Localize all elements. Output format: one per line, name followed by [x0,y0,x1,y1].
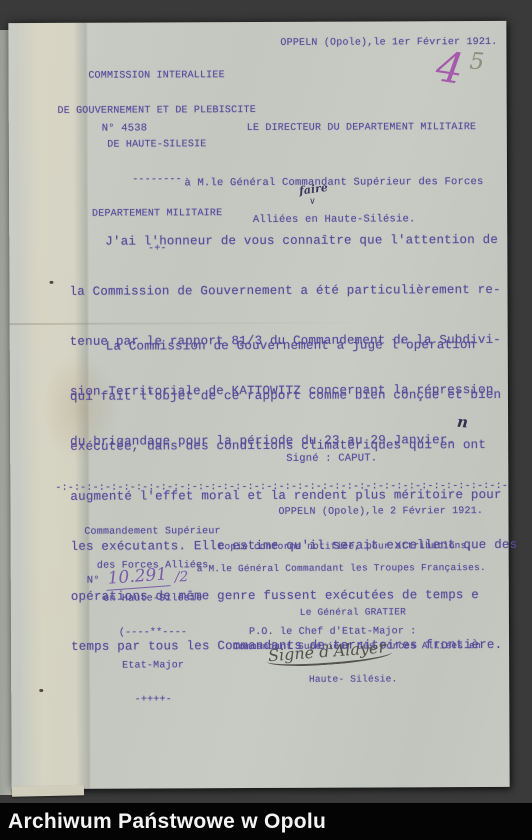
handwritten-pencil-number: 5 [469,49,485,76]
typed-line: la Commission de Gouvernement a été part… [69,279,507,303]
file-number-prefix: N° [87,575,100,587]
handwritten-correction-letter: n [456,413,469,432]
reference-number: N° 4538 [102,122,148,134]
section-divider: -:-:-:-:-:-:-:-:-:-:-:-:-:-:-:-:-:-:-:-:… [55,481,507,494]
typed-line: J'ai l'honneur de vous connaître que l'a… [69,229,507,253]
second-letterhead: Commandement Supérieur des Forces Alliée… [72,504,233,728]
signed-line: Signé : CAPUT. [286,452,377,464]
letterhead-divider: -++++- [73,694,233,706]
staple-hole [39,689,43,692]
letterhead-line: DE HAUTE-SILESIE [47,139,267,152]
scanned-document-view: COMMISSION INTERALLIEE DE GOUVERNEMENT E… [0,0,532,840]
document-page: COMMISSION INTERALLIEE DE GOUVERNEMENT E… [8,21,509,789]
handwritten-purple-number: 4 [433,41,467,93]
salutation-line: à M.le Général Commandant Supérieur des … [169,176,499,190]
letterhead-line: Etat-Major [73,660,233,672]
recipient-title: LE DIRECTEUR DU DEPARTEMENT MILITAIRE [247,122,483,134]
insertion-caret: ∨ [309,197,316,207]
torn-paper-scrap [12,785,84,797]
archive-bar: Archiwum Państwowe w Opolu [0,803,532,840]
po-line: P.O. le Chef d'Etat-Major : [249,626,416,638]
typed-line: La Commission de Gouvernement a jugé l'o… [70,334,508,358]
copy-note-line: Copie conforme notifiée, pour attributio… [219,540,473,552]
handwritten-file-number-suffix: /2 [174,569,188,586]
letterhead-line: Commandement Supérieur [73,526,233,538]
letterhead-line: en Haute-Silésie [73,593,233,605]
typed-line: qui fait l'objet de ce rapport comme bie… [70,384,508,408]
archive-name: Archiwum Państwowe w Opolu [0,810,326,834]
letterhead-divider: (----**---- [73,627,233,639]
signatory-title: Haute- Silésie. [233,673,473,686]
date-line-2: OPPELN (Opole),le 2 Février 1921. [278,506,483,518]
letterhead-line: DE GOUVERNEMENT ET DE PLEBISCITE [47,104,267,117]
copy-note-line: à M.le Général Commandant les Troupes Fr… [197,562,486,574]
signatory-name: Le Général GRATIER [233,606,473,619]
staple-hole [49,281,53,284]
letterhead-line: COMMISSION INTERALLIEE [47,70,267,83]
